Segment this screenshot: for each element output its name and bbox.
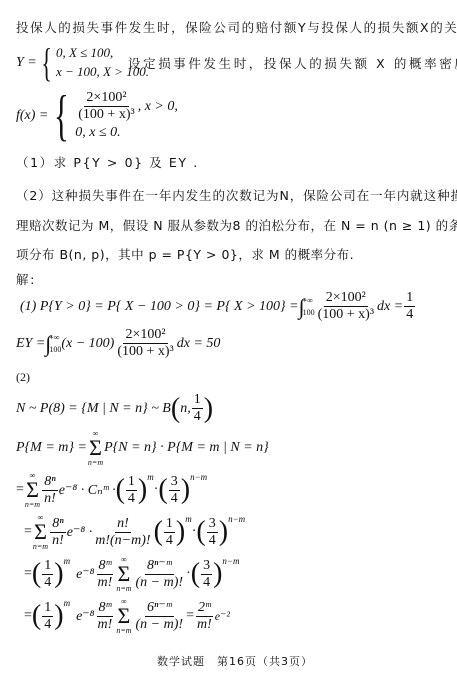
quarter: 14 <box>42 600 53 633</box>
s1-result-num: 1 <box>404 290 415 307</box>
q-den: 4 <box>42 617 53 633</box>
eq2-factorial: n!m!(n−m)! <box>93 516 152 549</box>
sum-sign: ∞Σn=m <box>88 430 103 467</box>
eq4-rnum: 2ᵐ <box>196 600 213 617</box>
f-num: 2×100² <box>84 90 128 107</box>
tq-den: 4 <box>201 575 212 591</box>
s1-dx: dx = <box>377 299 403 315</box>
eq2-fden: m!(n−m)! <box>93 533 152 549</box>
eq1-mid: e⁻⁸ · Cₙᵐ · <box>59 482 116 499</box>
eq-sign: = <box>16 482 24 498</box>
ey-prefix: EY = <box>16 336 45 352</box>
eq-sign: = <box>24 608 32 624</box>
exp-m: m <box>64 556 71 566</box>
eq4-frac: 8ᵐm! <box>96 600 115 633</box>
paren-close: ) <box>54 602 63 630</box>
paren-close: ) <box>213 560 222 588</box>
paren-open: ( <box>116 476 125 504</box>
part-2-label: (2) <box>16 370 30 385</box>
eq-sign: = <box>186 608 194 624</box>
integral-limits: +∞100 <box>303 295 315 319</box>
tq-num: 3 <box>169 474 180 491</box>
density-function: f(x) = { 2×100² (100 + x)³ , x > 0, 0, x… <box>16 88 178 144</box>
q-num: 1 <box>42 558 53 575</box>
quarter: 14 <box>164 516 175 549</box>
sum-bot: n=m <box>116 585 131 593</box>
f-den: (100 + x)³ <box>76 107 136 123</box>
intro-line-2: 设定损事件发生时，投保人的损失额 X 的概率密度为 <box>128 54 457 72</box>
f-case-1-cond: , x > 0, <box>138 99 178 114</box>
paren-close: ) <box>54 560 63 588</box>
paren-open: ( <box>171 395 180 423</box>
eq2-mid: e⁻⁸ · <box>67 524 92 541</box>
y-def-lhs: Y = <box>16 55 37 71</box>
eq3-sfrac: 8ⁿ⁻ᵐ(n − m)! <box>134 558 186 591</box>
pm-lhs: P{M = m} = <box>16 440 87 456</box>
paren-close: ) <box>204 395 213 423</box>
eq4-snum: 6ⁿ⁻ᵐ <box>145 600 174 617</box>
eq2-frac: 8ⁿn! <box>50 516 66 549</box>
solution-label: 解: <box>16 270 36 288</box>
eq2-fnum: n! <box>115 516 131 533</box>
f-lhs: f(x) = <box>16 108 48 124</box>
quarter: 14 <box>126 474 137 507</box>
part-1-question: （1）求 P{Y > 0} 及 EY . <box>16 153 199 171</box>
sum-bot: n=m <box>25 501 40 509</box>
solution-part-1: (1) P{Y > 0} = P{ X − 100 > 0} = P{ X > … <box>20 290 416 323</box>
three-quarters: 34 <box>169 474 180 507</box>
paren-close: ) <box>176 518 185 546</box>
equation-step-4: = (14)m e⁻⁸ 8ᵐm! ∞Σn=m 6ⁿ⁻ᵐ(n − m)! = 2ᵐ… <box>24 598 230 635</box>
q-den: 4 <box>126 491 137 507</box>
eq3-den: m! <box>96 575 115 591</box>
sum-bot: n=m <box>116 627 131 635</box>
paren-open: ( <box>32 560 41 588</box>
eq1-frac: 8ⁿn! <box>42 474 58 507</box>
eq3-sden: (n − m)! <box>134 575 186 591</box>
q-den: 4 <box>164 533 175 549</box>
intro-line-1: 投保人的损失事件发生时，保险公司的赔付额Y与投保人的损失额X的关系为 <box>16 18 457 36</box>
paren-close: ) <box>181 476 190 504</box>
paren-open: ( <box>158 476 167 504</box>
ey-fraction: 2×100²(100 + x)³ <box>115 327 175 360</box>
dist-den: 4 <box>192 409 203 425</box>
integral-limits: +∞100 <box>49 332 61 356</box>
three-quarters: 34 <box>207 516 218 549</box>
sum-bot: n=m <box>88 459 103 467</box>
eq-sign: = <box>24 524 32 540</box>
left-brace: { <box>54 88 69 144</box>
tq-den: 4 <box>169 491 180 507</box>
eq4-result: 2ᵐm! <box>195 600 214 633</box>
quarter: 14 <box>42 558 53 591</box>
eq4-tail: e⁻² <box>215 609 230 624</box>
dist-n: n, <box>180 401 191 417</box>
paren-open: ( <box>32 602 41 630</box>
tq-num: 3 <box>207 516 218 533</box>
upper-limit: +∞ <box>303 295 315 307</box>
f-fraction: 2×100² (100 + x)³ <box>76 90 136 123</box>
part-2-line-1: （2）这种损失事件在一年内发生的次数记为N，保险公司在一年内就这种损失事件产生的 <box>16 186 457 204</box>
page-footer: 数学试题 第16页（共3页） <box>157 653 313 669</box>
eq3-e: e⁻⁸ <box>76 566 94 583</box>
eq4-sfrac: 6ⁿ⁻ᵐ(n − m)! <box>134 600 186 633</box>
exp-nm: n−m <box>228 514 245 524</box>
sum-sign: ∞Σn=m <box>25 472 40 509</box>
dist-num: 1 <box>192 392 203 409</box>
sum-sign: ∞Σn=m <box>116 556 131 593</box>
ey-mid: (x − 100) <box>61 336 114 352</box>
ey-den: (100 + x)³ <box>115 344 175 360</box>
exp-m: m <box>64 598 71 608</box>
paren-open: ( <box>191 560 200 588</box>
s1-fraction: 2×100²(100 + x)³ <box>316 290 376 323</box>
eq2-num: 8ⁿ <box>50 516 65 533</box>
eq3-num: 8ᵐ <box>97 558 114 575</box>
eq3-snum: 8ⁿ⁻ᵐ <box>145 558 174 575</box>
eq-sign: = <box>24 566 32 582</box>
left-brace: { <box>41 43 52 83</box>
lower-limit: 100 <box>49 344 61 356</box>
eq4-num: 8ᵐ <box>97 600 114 617</box>
equation-step-1: = ∞Σn=m 8ⁿn! e⁻⁸ · Cₙᵐ · (14)m · (34)n−m <box>16 472 207 509</box>
ey-suffix: dx = 50 <box>177 336 221 352</box>
eq1-num: 8ⁿ <box>42 474 57 491</box>
eq4-sden: (n − m)! <box>134 617 186 633</box>
f-case-2: 0, x ≤ 0. <box>75 124 178 142</box>
pm-line: P{M = m} = ∞Σn=m P{N = n} · P{M = m | N … <box>16 430 269 467</box>
eq4-e: e⁻⁸ <box>76 608 94 625</box>
exp-nm: n−m <box>190 472 207 482</box>
ey-num: 2×100² <box>123 327 167 344</box>
s1-result-den: 4 <box>404 307 415 323</box>
eq2-den: n! <box>50 533 66 549</box>
sum-sign: ∞Σn=m <box>33 514 48 551</box>
s1-result: 14 <box>404 290 415 323</box>
distribution-line: N ~ P(8) = {M | N = n} ~ B ( n, 14 ) <box>16 392 213 425</box>
upper-limit: +∞ <box>49 332 61 344</box>
part-2-line-2: 理赔次数记为 M，假设 N 服从参数为8 的泊松分布，在 N = n (n ≥ … <box>16 216 457 234</box>
tq-num: 3 <box>201 558 212 575</box>
q-den: 4 <box>42 575 53 591</box>
sum-bot: n=m <box>33 543 48 551</box>
q-num: 1 <box>126 474 137 491</box>
paren-close: ) <box>138 476 147 504</box>
q-num: 1 <box>164 516 175 533</box>
eq1-den: n! <box>42 491 58 507</box>
three-quarters: 34 <box>201 558 212 591</box>
exp-nm: n−m <box>222 556 239 566</box>
paren-open: ( <box>154 518 163 546</box>
paren-open: ( <box>196 518 205 546</box>
equation-step-2: = ∞Σn=m 8ⁿn! e⁻⁸ · n!m!(n−m)! (14)m · (3… <box>24 514 245 551</box>
s1-num: 2×100² <box>324 290 368 307</box>
dist-fraction: 14 <box>192 392 203 425</box>
s1-den: (100 + x)³ <box>316 307 376 323</box>
eq3-frac: 8ᵐm! <box>96 558 115 591</box>
f-cases: 2×100² (100 + x)³ , x > 0, 0, x ≤ 0. <box>75 90 178 141</box>
eq4-rden: m! <box>195 617 214 633</box>
solution-ey: EY = ∫ +∞100 (x − 100) 2×100²(100 + x)³ … <box>16 327 220 360</box>
pm-rhs: P{N = n} · P{M = m | N = n} <box>104 440 269 456</box>
q-num: 1 <box>42 600 53 617</box>
exp-m: m <box>185 514 192 524</box>
paren-close: ) <box>219 518 228 546</box>
exp-m: m <box>147 472 154 482</box>
tq-den: 4 <box>207 533 218 549</box>
equation-step-3: = (14)m e⁻⁸ 8ᵐm! ∞Σn=m 8ⁿ⁻ᵐ(n − m)! · (3… <box>24 556 239 593</box>
sum-sign: ∞Σn=m <box>116 598 131 635</box>
eq4-den: m! <box>96 617 115 633</box>
dist-text: N ~ P(8) = {M | N = n} ~ B <box>16 401 171 417</box>
part-2-line-3: 项分布 B(n, p)，其中 p = P{Y > 0}，求 M 的概率分布. <box>16 245 354 263</box>
s1-prefix: (1) P{Y > 0} = P{ X − 100 > 0} = P{ X > … <box>20 299 299 315</box>
lower-limit: 100 <box>303 307 315 319</box>
